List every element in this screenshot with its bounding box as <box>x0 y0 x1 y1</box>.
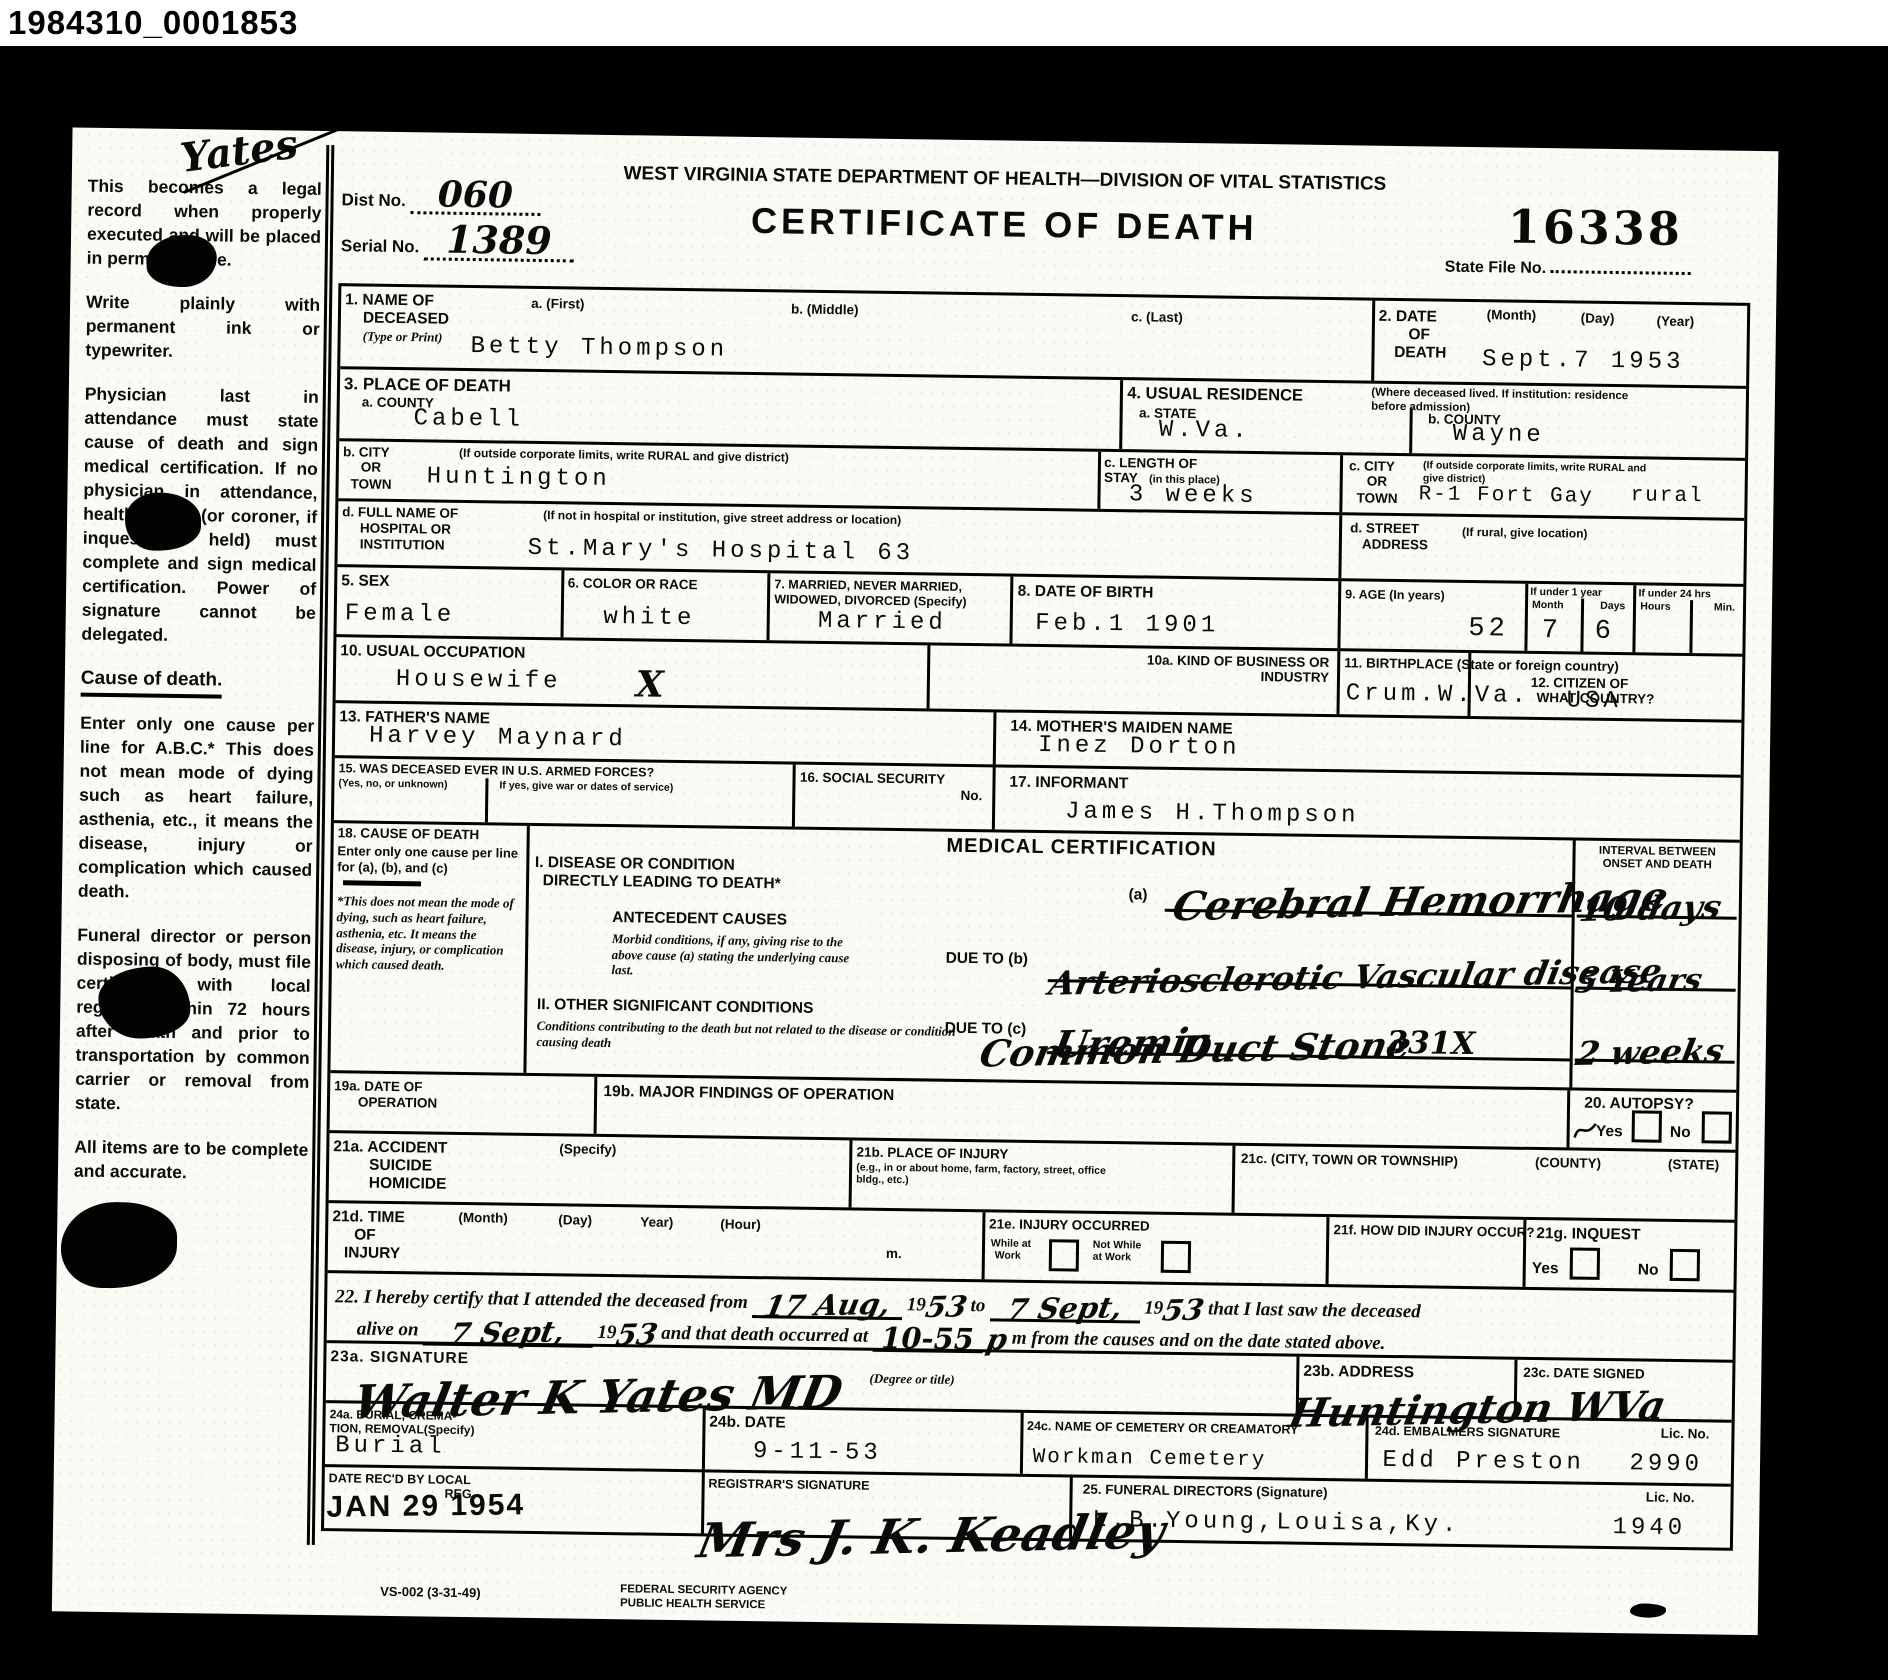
instructions-sidebar: Yates This becomes a legal record when p… <box>74 174 322 1206</box>
field-21f-how-injury-occurred: 21f. HOW DID INJURY OCCUR? <box>1326 1217 1524 1287</box>
occupation-handwritten-x: X <box>636 668 664 701</box>
field-8-date-of-birth: 8. DATE OF BIRTH Feb.1 1901 <box>1010 577 1338 649</box>
field-23b-label: 23b. ADDRESS <box>1303 1363 1414 1382</box>
cause-a-label: (a) <box>1128 886 1147 904</box>
cert-text-2: 19 <box>907 1294 926 1315</box>
informant-value: James H.Thompson <box>1065 800 1360 828</box>
month-sub-label: Month <box>1532 600 1564 612</box>
funeral-lic-value: 1940 <box>1612 1516 1686 1541</box>
field-5-sex: 5. SEX Female <box>337 567 561 637</box>
age-value: 52 <box>1468 616 1509 644</box>
field-23a-label: 23a. SIGNATURE <box>330 1348 469 1367</box>
field-3-label: 3. PLACE OF DEATH <box>344 374 511 395</box>
dist-serial-block: Dist No. 060 Serial No. 1389 <box>341 177 575 262</box>
autopsy-scribble-mark <box>1572 1117 1598 1141</box>
cause-a-rule: Cerebral Hemorrhage <box>1164 865 1574 918</box>
field-21a-accident-suicide-homicide: 21a. ACCIDENT SUICIDE HOMICIDE (Specify) <box>329 1133 850 1207</box>
interval-c-rule: 2 weeks <box>1574 1005 1735 1064</box>
field-4d-note: (If rural, give location) <box>1462 525 1588 541</box>
inquest-no-label: No <box>1638 1261 1659 1279</box>
field-4-usual-residence: 4. USUAL RESIDENCE (Where deceased lived… <box>1120 380 1747 458</box>
autopsy-no-checkbox <box>1702 1111 1732 1143</box>
day-label: (Day) <box>1581 312 1615 327</box>
field-1-type-or-print: (Type or Print) <box>363 329 443 346</box>
field-25-funeral-director: 25. FUNERAL DIRECTORS (Signature) Lic. N… <box>1069 1478 1731 1548</box>
field-16-label: 16. SOCIAL SECURITY <box>800 771 945 788</box>
form-grid: 1. NAME OF DECEASED (Type or Print) a. (… <box>321 283 1750 1551</box>
state-county-divider <box>1409 408 1413 453</box>
registrar-label: REGISTRAR'S SIGNATURE <box>708 1476 869 1493</box>
field-10-usual-occupation: 10. USUAL OCCUPATION Housewife X <box>336 637 927 708</box>
field-15-note2: If yes, give war or dates of service) <box>499 780 749 795</box>
state-file-label: State File No. <box>1445 259 1547 277</box>
field-19a-label: 19a. DATE OF <box>334 1079 422 1095</box>
field-2-label2: OF <box>1408 326 1430 344</box>
occupation-value: Housewife <box>396 668 562 694</box>
field-6-label: 6. COLOR OR RACE <box>568 576 698 593</box>
disease-condition-label2: DIRECTLY LEADING TO DEATH* <box>543 872 781 893</box>
month-days-divider <box>1580 599 1584 652</box>
field-18-note2: *This does not mean the mode of dying, s… <box>336 894 522 975</box>
field-4c-label: c. CITY <box>1349 459 1395 474</box>
field-19b-label: 19b. MAJOR FINDINGS OF OPERATION <box>603 1083 894 1104</box>
injury-day-label: (Day) <box>558 1213 592 1228</box>
work-label: Work <box>995 1250 1021 1262</box>
injury-m-label: m. <box>886 1247 902 1262</box>
cert-blank-from: 17 Aug, <box>752 1287 902 1320</box>
field-15-armed-forces: 15. WAS DECEASED EVER IN U.S. ARMED FORC… <box>334 758 793 826</box>
form-footer: VS-002 (3-31-49) FEDERAL SECURITY AGENCY… <box>320 1579 1732 1631</box>
residence-state-value: W.Va. <box>1159 419 1251 444</box>
field-1-name-of-deceased: 1. NAME OF DECEASED (Type or Print) a. (… <box>340 286 1372 380</box>
field-2-label3: DEATH <box>1394 344 1446 362</box>
serial-no-label: Serial No. <box>341 236 420 256</box>
armed-forces-divider <box>485 778 489 822</box>
field-21d-label3: INJURY <box>344 1244 401 1262</box>
to-year-value: 53 <box>1160 1293 1207 1328</box>
field-20-autopsy: 20. AUTOPSY? Yes No <box>1567 1090 1736 1149</box>
field-10-label: 10. USUAL OCCUPATION <box>340 642 525 662</box>
field-21d-label: 21d. TIME <box>332 1208 405 1226</box>
injury-year-label: Year) <box>640 1215 673 1230</box>
cert-text-7: 19 <box>597 1322 616 1343</box>
race-value: white <box>603 606 695 631</box>
field-4d-label: d. STREET <box>1350 521 1419 537</box>
field-15-note1: (Yes, no, or unknown) <box>338 778 468 791</box>
ink-blot <box>98 966 191 1039</box>
field-4c-label2: OR <box>1367 475 1387 490</box>
sidebar-paragraph-write-plainly: Write plainly with permanent ink or type… <box>85 290 320 365</box>
serial-no-value: 1389 <box>446 217 552 263</box>
field-10a-label: 10a. KIND OF BUSINESS OR INDUSTRY <box>1089 653 1329 686</box>
cert-blank-to: 7 Sept, <box>990 1290 1140 1323</box>
row-medical-certification: 18. CAUSE OF DEATH Enter only one cause … <box>330 820 1739 1090</box>
physician-address-value: Huntington WVa <box>1286 1388 1669 1432</box>
deceased-name-value: Betty Thompson <box>470 335 728 363</box>
ink-blot <box>125 492 202 551</box>
under-1-year-label: If under 1 year <box>1530 587 1602 600</box>
field-24c-label: 24c. NAME OF CEMETERY OR CREAMATORY <box>1027 1419 1299 1438</box>
date-received-stamp: JAN 29 1954 <box>326 1488 525 1524</box>
field-18-cause-of-death-stub: 18. CAUSE OF DEATH Enter only one cause … <box>330 823 526 1073</box>
inquest-yes-label: Yes <box>1532 1260 1559 1278</box>
length-of-stay-value: 3 weeks <box>1129 483 1258 509</box>
field-7-label: 7. MARRIED, NEVER MARRIED, WIDOWED, DIVO… <box>774 577 999 610</box>
field-3d-label3: INSTITUTION <box>360 537 445 553</box>
citizen-value: USA <box>1566 689 1622 714</box>
funeral-lic-no-label: Lic. No. <box>1646 1491 1695 1507</box>
field-3-place-of-death: 3. PLACE OF DEATH a. COUNTY Cabell <box>339 369 1120 449</box>
cemetery-value: Workman Cemetery <box>1032 1447 1266 1471</box>
at-work-label: at Work <box>1093 1252 1131 1264</box>
cert-text-1: 22. I hereby certify that I attended the… <box>335 1286 748 1313</box>
physician-signature-value: Walter K Yates MD <box>350 1372 845 1423</box>
autopsy-no-label: No <box>1670 1123 1691 1141</box>
field-1c-last-label: c. (Last) <box>1131 310 1183 326</box>
field-4-label: 4. USUAL RESIDENCE <box>1127 384 1303 405</box>
inquest-yes-checkbox <box>1570 1247 1600 1279</box>
mothers-maiden-name-value: Inez Dorton <box>1038 734 1241 761</box>
sidebar-heading-cause-of-death: Cause of death. <box>81 667 223 699</box>
injury-month-label: (Month) <box>458 1211 508 1227</box>
field-9-age: 9. AGE (In years) 52 <box>1337 581 1525 651</box>
field-1a-first-label: a. (First) <box>531 297 584 313</box>
field-21c-state-label: (STATE) <box>1668 1158 1719 1174</box>
sex-value: Female <box>345 602 456 628</box>
dist-no-label: Dist No. <box>341 190 405 210</box>
other-conditions-note: Conditions contributing to the death but… <box>536 1018 966 1055</box>
field-21a-specify-note: (Specify) <box>559 1142 616 1158</box>
ink-blot <box>60 1201 177 1289</box>
field-9-under-1-year: If under 1 year Month Days 7 6 <box>1524 584 1633 653</box>
field-17-label: 17. INFORMANT <box>1009 774 1128 793</box>
field-2-date-of-death: 2. DATE OF DEATH (Month) (Day) (Year) Se… <box>1371 301 1747 386</box>
field-21b-place-of-injury: 21b. PLACE OF INJURY (e.g., in or about … <box>849 1140 1232 1212</box>
field-21a-label: 21a. ACCIDENT <box>333 1138 447 1157</box>
field-21f-label: 21f. HOW DID INJURY OCCUR? <box>1333 1223 1553 1241</box>
field-3b-city-or-town: b. CITY OR TOWN (If outside corporate li… <box>338 441 1098 509</box>
field-21e-label: 21e. INJURY OCCURRED <box>989 1217 1150 1234</box>
days-sub-label: Days <box>1600 601 1625 613</box>
cert-text-8: and that death occurred at <box>661 1323 868 1347</box>
year-label: (Year) <box>1656 315 1694 330</box>
county-of-death-value: Cabell <box>413 407 524 433</box>
field-2-label: 2. DATE <box>1379 308 1438 326</box>
field-21d-time-of-injury: 21d. TIME OF INJURY (Month) (Day) Year) … <box>328 1203 983 1279</box>
field-7-marital-status: 7. MARRIED, NEVER MARRIED, WIDOWED, DIVO… <box>767 573 1011 643</box>
from-year-value: 53 <box>922 1289 969 1324</box>
antecedent-note: Morbid conditions, if any, giving rise t… <box>611 931 867 981</box>
field-11-birthplace: 11. BIRTHPLACE (State or foreign country… <box>1337 651 1469 716</box>
burial-date-value: 9-11-53 <box>753 1440 882 1466</box>
hours-min-divider <box>1689 600 1693 653</box>
field-4c-label3: TOWN <box>1356 491 1397 506</box>
residence-city-value: R-1 Fort Gay <box>1418 484 1594 507</box>
cause-b-rule: Arteriosclerotic Vascular disease <box>1047 929 1573 989</box>
field-18-label: 18. CAUSE OF DEATH <box>338 825 523 844</box>
sidebar-paragraph-one-cause: Enter only one cause per line for A.B.C.… <box>78 711 315 906</box>
city-of-death-value: Huntington <box>427 465 611 492</box>
attended-from-value: 17 Aug, <box>761 1287 893 1323</box>
field-21b-label: 21b. PLACE OF INJURY <box>856 1145 1008 1162</box>
not-while-at-work-checkbox <box>1160 1241 1190 1273</box>
field-4d-street-address: d. STREET ADDRESS (If rural, give locati… <box>1338 515 1744 584</box>
field-16-label2: No. <box>960 789 982 804</box>
state-file-number: 16338 <box>1445 199 1746 257</box>
field-21a-label3: HOMICIDE <box>369 1175 447 1193</box>
degree-or-title-note: (Degree or title) <box>869 1371 954 1388</box>
due-to-b-label: DUE TO (b) <box>946 950 1029 969</box>
disease-condition-label: I. DISEASE OR CONDITION <box>535 854 735 874</box>
field-5-label: 5. SEX <box>341 572 389 590</box>
age-months-value: 7 <box>1542 618 1563 645</box>
antecedent-causes-label: ANTECEDENT CAUSES <box>612 909 787 929</box>
cause-a-value: Cerebral Hemorrhage <box>1169 879 1670 925</box>
form-number: VS-002 (3-31-49) <box>380 1584 481 1601</box>
hospital-name-value: St.Mary's Hospital 63 <box>528 537 915 566</box>
state-file-dotted-line <box>1550 256 1690 275</box>
state-file-block: 16338 State File No. <box>1445 199 1746 281</box>
date-of-birth-value: Feb.1 1901 <box>1035 612 1219 639</box>
dist-no-dotted-line: 060 <box>410 178 540 216</box>
scanned-death-certificate-page: 1984310_0001853 Yates This becomes a leg… <box>0 0 1888 1680</box>
registrar-signature-value: Mrs J. K. Keadley <box>694 1511 1168 1564</box>
agency-line2: PUBLIC HEALTH SERVICE <box>620 1597 765 1612</box>
field-23c-label: 23c. DATE SIGNED <box>1523 1366 1644 1383</box>
field-23a-signature: 23a. SIGNATURE (Degree or title) Walter … <box>326 1343 1297 1414</box>
field-4d-label2: ADDRESS <box>1362 537 1428 553</box>
medical-certification-main: MEDICAL CERTIFICATION I. DISEASE OR COND… <box>523 826 1572 1088</box>
fathers-name-value: Harvey Maynard <box>369 725 627 753</box>
injury-hour-label: (Hour) <box>720 1218 761 1233</box>
department-title: WEST VIRGINIA STATE DEPARTMENT OF HEALTH… <box>590 163 1420 196</box>
cert-text-6: alive on <box>357 1319 419 1341</box>
field-21g-inquest: 21g. INQUEST Yes No <box>1523 1220 1735 1290</box>
other-conditions-value: Common Duct Stone <box>977 1029 1414 1071</box>
field-21c-county-label: (COUNTY) <box>1535 1156 1601 1172</box>
residence-rural-value: rural <box>1630 485 1703 507</box>
agency-line1: FEDERAL SECURITY AGENCY <box>620 1583 787 1598</box>
serial-no-dotted-line: 1389 <box>424 222 575 262</box>
field-date-received: DATE REC'D BY LOCAL REG. JAN 29 1954 <box>324 1467 702 1533</box>
cert-text-3: to <box>970 1295 985 1316</box>
header-title-block: WEST VIRGINIA STATE DEPARTMENT OF HEALTH… <box>589 163 1420 252</box>
field-9-under-24-hrs: If under 24 hrs Hours Min. <box>1633 585 1744 654</box>
field-6-color-or-race: 6. COLOR OR RACE white <box>560 570 768 640</box>
field-registrar-signature: REGISTRAR'S SIGNATURE Mrs J. K. Keadley <box>701 1472 1070 1538</box>
serial-no-line: Serial No. 1389 <box>341 221 574 262</box>
embalmer-name-value: Edd Preston <box>1382 1449 1585 1476</box>
embalmer-lic-value: 2990 <box>1629 1452 1703 1477</box>
field-11-label: 11. BIRTHPLACE (State or foreign country… <box>1344 656 1619 675</box>
field-4-note: (Where deceased lived. If institution: r… <box>1371 387 1661 419</box>
field-3b-label: b. CITY <box>343 445 390 460</box>
field-8-label: 8. DATE OF BIRTH <box>1018 583 1154 602</box>
field-1b-middle-label: b. (Middle) <box>791 302 859 318</box>
field-9-label: 9. AGE (In years) <box>1345 587 1445 603</box>
date-of-death-value: Sept.7 1953 <box>1482 348 1685 375</box>
date-received-label: DATE REC'D BY LOCAL <box>329 1471 471 1488</box>
inquest-no-checkbox <box>1670 1249 1700 1281</box>
field-1-label2: DECEASED <box>363 310 449 329</box>
state-file-line: State File No. <box>1445 255 1745 281</box>
scan-id: 1984310_0001853 <box>8 4 298 42</box>
field-3d-label: d. FULL NAME OF <box>342 505 458 521</box>
interval-c-value: 2 weeks <box>1573 1036 1726 1069</box>
form-header: Dist No. 060 Serial No. 1389 WEST VIRGIN… <box>338 143 1752 303</box>
field-1-label: 1. NAME OF <box>345 291 434 310</box>
field-3d-label2: HOSPITAL OR <box>360 521 451 537</box>
field-21a-label2: SUICIDE <box>369 1157 432 1175</box>
dist-no-value: 060 <box>437 174 513 217</box>
autopsy-yes-checkbox <box>1632 1110 1662 1142</box>
field-18-note1: Enter only one cause per line for (a), (… <box>337 843 522 877</box>
birthplace-value: Crum.W.Va. <box>1346 682 1530 709</box>
field-4c-residence-city: c. CITY OR TOWN (If outside corporate li… <box>1339 455 1745 518</box>
while-at-work-checkbox <box>1048 1239 1078 1271</box>
field-21b-note: (e.g., in or about home, farm, factory, … <box>856 1162 1106 1189</box>
residence-county-value: Wayne <box>1453 423 1545 448</box>
field-19a-date-of-operation: 19a. DATE OF OPERATION <box>330 1073 595 1134</box>
field-3b-label3: TOWN <box>350 477 391 492</box>
medical-certification-heading: MEDICAL CERTIFICATION <box>946 835 1217 861</box>
month-label: (Month) <box>1487 308 1537 324</box>
cert-text-5: that I last saw the deceased <box>1208 1298 1421 1322</box>
age-days-value: 6 <box>1595 619 1616 646</box>
field-25-label: 25. FUNERAL DIRECTORS (Signature) <box>1083 1483 1328 1501</box>
marital-status-value: Married <box>818 610 947 636</box>
stub-rule <box>343 881 421 887</box>
field-3d-note: (If not in hospital or institution, give… <box>543 508 963 528</box>
field-21d-label2: OF <box>354 1226 376 1244</box>
ink-smudge <box>1630 1603 1666 1618</box>
under-24-hrs-label: If under 24 hrs <box>1638 588 1711 601</box>
field-13-fathers-name: 13. FATHER'S NAME Harvey Maynard <box>335 703 994 764</box>
other-conditions-label: II. OTHER SIGNIFICANT CONDITIONS <box>537 996 814 1017</box>
field-21c-label: 21c. (CITY, TOWN OR TOWNSHIP) <box>1241 1152 1458 1170</box>
ink-blot <box>146 234 217 287</box>
hours-sub-label: Hours <box>1640 601 1671 613</box>
field-3c-length-of-stay: c. LENGTH OF STAY (in this place) 3 week… <box>1098 452 1341 512</box>
certificate-form: Dist No. 060 Serial No. 1389 WEST VIRGIN… <box>320 143 1752 1627</box>
field-21c-city-county-state: 21c. (CITY, TOWN OR TOWNSHIP) (COUNTY) (… <box>1231 1146 1735 1220</box>
death-certificate-paper: Yates This becomes a legal record when p… <box>52 127 1779 1635</box>
field-10a-kind-of-business: 10a. KIND OF BUSINESS OR INDUSTRY <box>926 645 1337 714</box>
scan-id-bar: 1984310_0001853 <box>0 0 1888 46</box>
sidebar-paragraph-complete-accurate: All items are to be complete and accurat… <box>74 1135 309 1186</box>
certificate-title: CERTIFICATE OF DEATH <box>589 198 1420 252</box>
embalmer-lic-no-label: Lic. No. <box>1661 1427 1710 1443</box>
min-sub-label: Min. <box>1714 602 1735 614</box>
field-16-social-security: 16. SOCIAL SECURITY No. <box>792 765 992 830</box>
field-3b-label2: OR <box>361 461 381 476</box>
field-17-informant: 17. INFORMANT James H.Thompson <box>992 767 1741 839</box>
field-3b-note: (If outside corporate limits, write RURA… <box>459 446 789 465</box>
attended-to-value: 7 Sept, <box>1004 1290 1125 1326</box>
dist-no-line: Dist No. 060 <box>341 177 574 216</box>
autopsy-yes-label: Yes <box>1596 1122 1623 1140</box>
field-21e-injury-occurred: 21e. INJURY OCCURRED While at Work Not W… <box>981 1212 1326 1284</box>
field-23b-address: 23b. ADDRESS Huntington WVa <box>1296 1357 1515 1417</box>
cert-text-4: 19 <box>1144 1298 1163 1319</box>
field-19a-label2: OPERATION <box>358 1096 437 1112</box>
burial-value: Burial <box>335 1434 446 1460</box>
